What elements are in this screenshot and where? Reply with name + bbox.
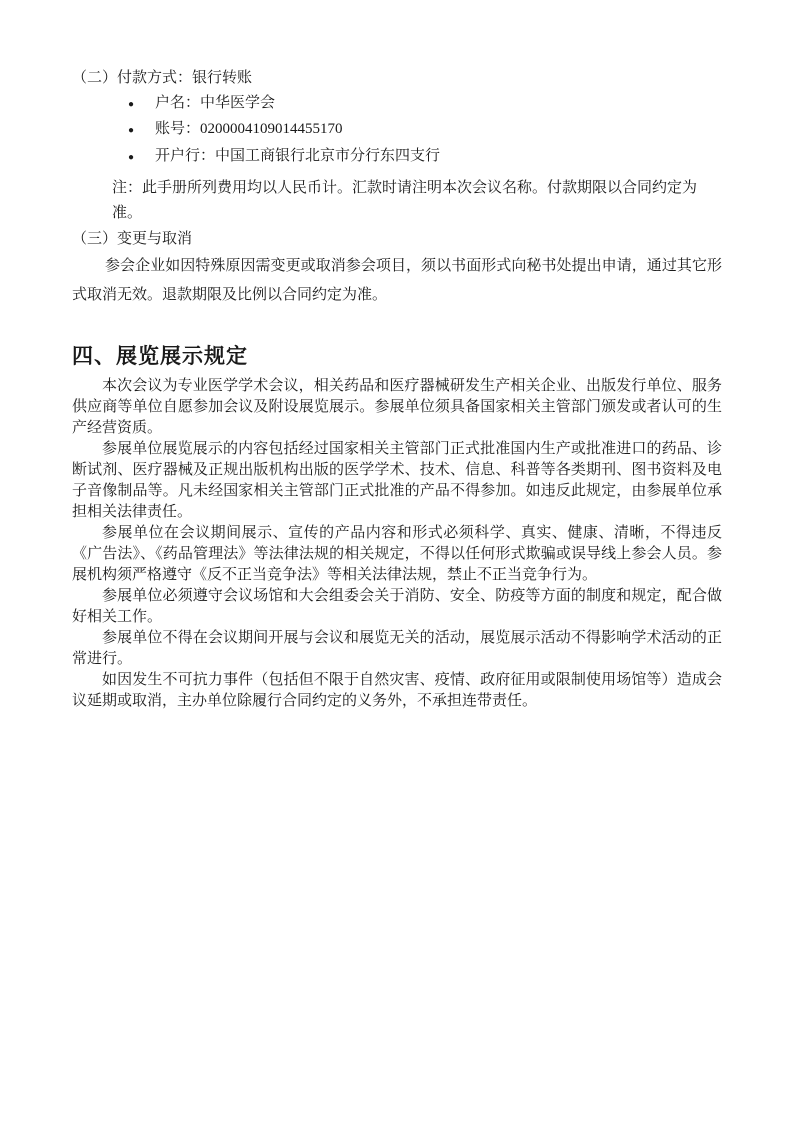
- exhibition-rules-heading: 四、展览展示规定: [72, 341, 722, 371]
- payment-bullet-account-name: ● 户名：中华医学会: [72, 91, 722, 118]
- payment-bullet-bank: ● 开户行：中国工商银行北京市分行东四支行: [72, 144, 722, 171]
- document-content: （二）付款方式：银行转账 ● 户名：中华医学会 ● 账号：02000041090…: [0, 0, 794, 712]
- exhibition-paragraph-3: 参展单位在会议期间展示、宣传的产品内容和形式必须科学、真实、健康、清晰，不得违反…: [72, 523, 722, 586]
- exhibition-paragraph-6: 如因发生不可抗力事件（包括但不限于自然灾害、疫情、政府征用或限制使用场馆等）造成…: [72, 670, 722, 712]
- payment-account-number-label: 账号：: [155, 121, 200, 137]
- payment-account-number-value: 0200004109014455170: [200, 121, 343, 137]
- exhibition-paragraph-5: 参展单位不得在会议期间开展与会议和展览无关的活动，展览展示活动不得影响学术活动的…: [72, 628, 722, 670]
- exhibition-paragraph-1: 本次会议为专业医学学术会议，相关药品和医疗器械研发生产相关企业、出版发行单位、服…: [72, 376, 722, 439]
- change-cancel-heading: （三）变更与取消: [72, 227, 722, 252]
- payment-bullet-list: ● 户名：中华医学会 ● 账号：0200004109014455170 ● 开户…: [72, 91, 722, 171]
- change-cancel-paragraph: 参会企业如因特殊原因需变更或取消参会项目，须以书面形式向秘书处提出申请，通过其它…: [72, 252, 722, 311]
- exhibition-paragraph-4: 参展单位必须遵守会议场馆和大会组委会关于消防、安全、防疫等方面的制度和规定，配合…: [72, 586, 722, 628]
- payment-bank-value: 中国工商银行北京市分行东四支行: [215, 148, 440, 164]
- payment-bank: 开户行：中国工商银行北京市分行东四支行: [155, 144, 440, 169]
- exhibition-paragraph-2: 参展单位展览展示的内容包括经过国家相关主管部门正式批准国内生产或批准进口的药品、…: [72, 439, 722, 523]
- payment-account-name-value: 中华医学会: [200, 95, 275, 111]
- payment-note: 注：此手册所列费用均以人民币计。汇款时请注明本次会议名称。付款期限以合同约定为准…: [72, 176, 722, 225]
- payment-bank-label: 开户行：: [155, 148, 215, 164]
- payment-account-name-label: 户名：: [155, 95, 200, 111]
- payment-account-name: 户名：中华医学会: [155, 91, 275, 116]
- payment-method-heading: （二）付款方式：银行转账: [72, 66, 722, 91]
- bullet-icon: ●: [128, 93, 155, 118]
- section-change-cancel: （三）变更与取消 参会企业如因特殊原因需变更或取消参会项目，须以书面形式向秘书处…: [72, 227, 722, 311]
- section-exhibition-rules: 本次会议为专业医学学术会议，相关药品和医疗器械研发生产相关企业、出版发行单位、服…: [72, 376, 722, 712]
- document-page: （二）付款方式：银行转账 ● 户名：中华医学会 ● 账号：02000041090…: [0, 0, 794, 1122]
- bullet-icon: ●: [128, 146, 155, 171]
- payment-account-number: 账号：0200004109014455170: [155, 117, 343, 142]
- bullet-icon: ●: [128, 119, 155, 144]
- section-payment-method: （二）付款方式：银行转账 ● 户名：中华医学会 ● 账号：02000041090…: [72, 66, 722, 225]
- payment-bullet-account-number: ● 账号：0200004109014455170: [72, 117, 722, 144]
